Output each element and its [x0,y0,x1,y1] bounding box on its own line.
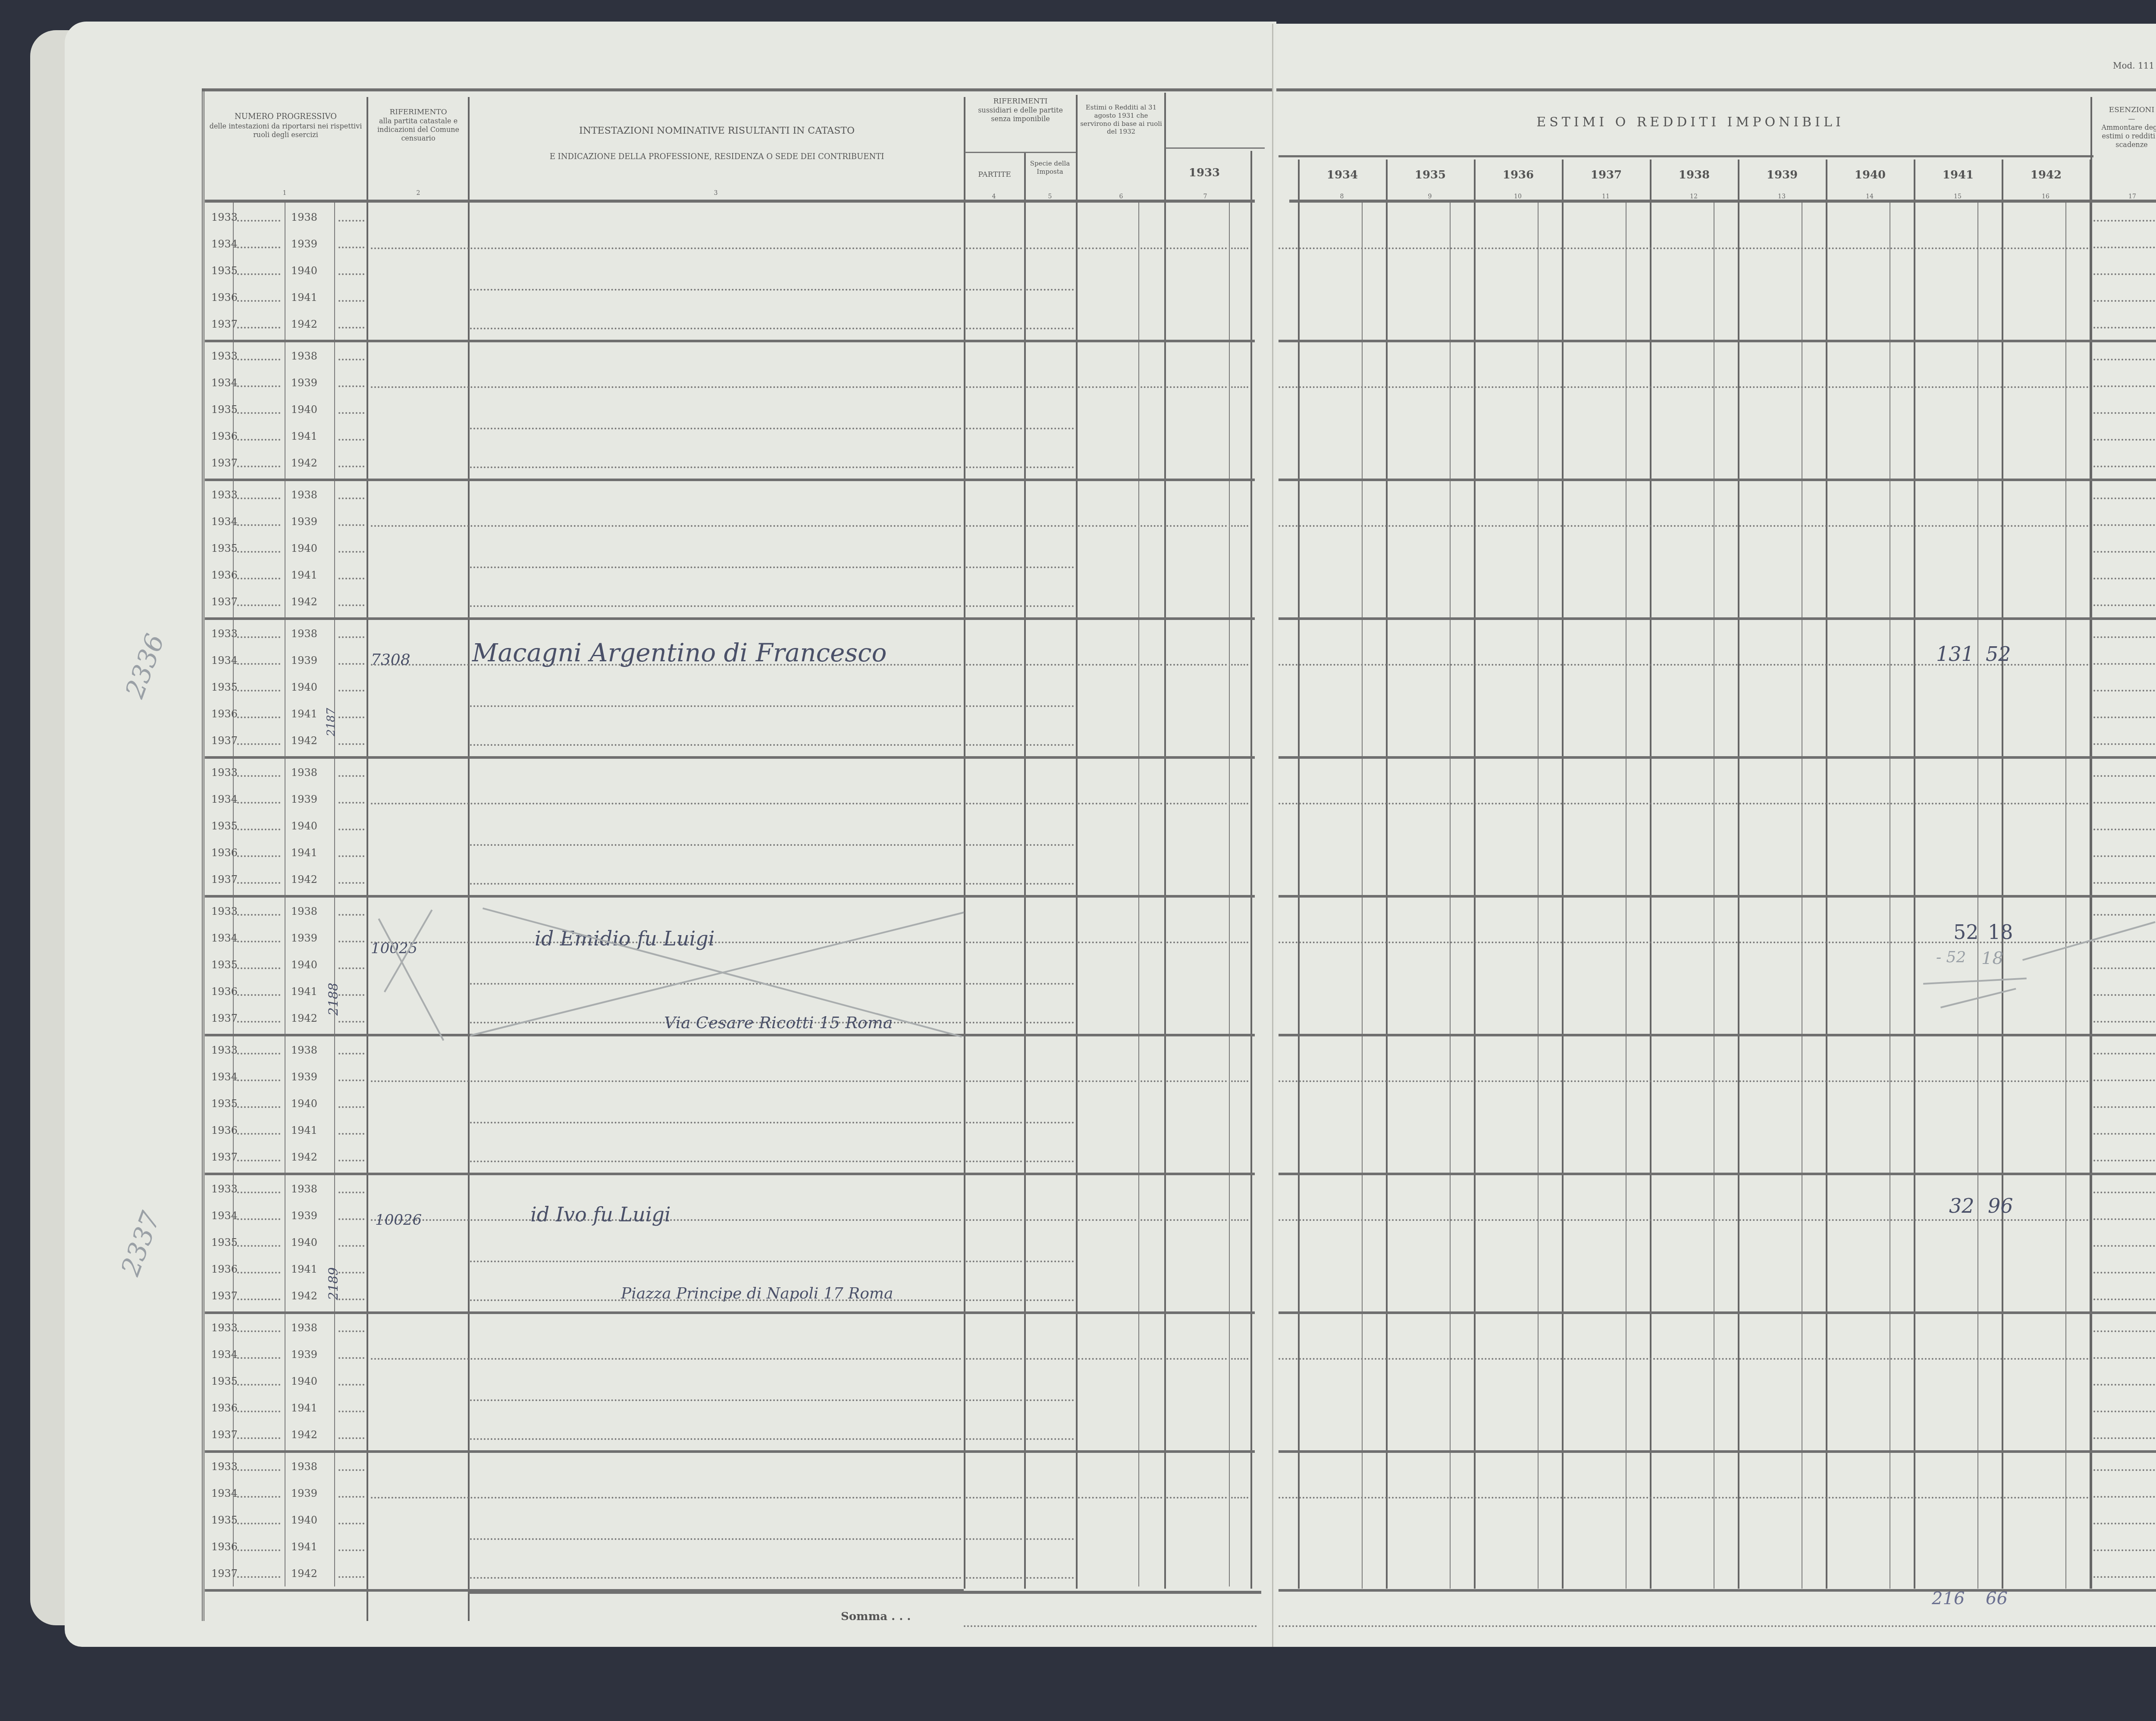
year-label: 1939 [291,1487,317,1499]
dotted-fill [338,1021,364,1023]
partite-line [966,705,1022,707]
somma-label: Somma . . . [841,1610,911,1623]
esenzioni-line [2093,1357,2156,1359]
subcol-line [334,203,335,1586]
address-line [470,428,962,429]
address-line [470,328,962,329]
amount-line [1141,1219,1162,1221]
header-divider [468,97,470,1621]
dotted-fill [338,1330,364,1332]
amount-line [1166,525,1227,527]
partite-line [966,1261,1022,1262]
dotted-fill [338,498,364,499]
address-line [470,705,962,707]
year-label: 1934 [211,238,238,250]
colno-year: 15 [1949,193,1966,200]
header-col2-title: RIFERIMENTO [369,108,468,117]
year-col-border [1474,160,1476,1589]
year-label: 1940 [291,1375,317,1387]
dotted-fill [338,855,364,857]
right-page [1276,24,2156,1647]
name-line [371,1497,962,1499]
year-col-border [1650,160,1651,1589]
amount-line [1078,803,1136,804]
year-label: 1933 [211,350,238,362]
dotted-fill [237,636,280,638]
partite-line [966,983,1022,985]
dotted-fill [237,941,280,942]
partite-line [966,1022,1022,1023]
dotted-fill [237,994,280,996]
dotted-fill [338,220,364,222]
left-page [65,22,1276,1647]
amount-line [1026,803,1074,804]
header-col5: Specie della Imposta [1026,160,1074,176]
dotted-fill [237,1357,280,1359]
header-col1: NUMERO PROGRESSIVO delle intestazioni da… [205,112,367,139]
esenzioni-line [2093,1133,2156,1135]
year-label: 1938 [291,1044,317,1056]
year-label: 1935 [211,820,238,832]
amount-line [1141,525,1162,527]
contributor-address: Piazza Principe di Napoli 17 Roma [621,1285,893,1302]
year-label: 1938 [291,1461,317,1473]
amount-line [1026,942,1074,943]
header-col1-title: NUMERO PROGRESSIVO [205,112,367,122]
year-label: 1941 [291,430,317,442]
year-label: 1937 [211,1290,238,1302]
amount-line [1279,1219,2089,1221]
amount-line [966,664,1022,666]
year-label: 1936 [211,569,238,581]
amount-line [1231,386,1248,388]
year-label: 1940 [291,1236,317,1249]
header-col7-rule [1166,147,1265,149]
amount-line [966,247,1022,249]
year-label: 1940 [291,1098,317,1110]
year-label: 1941 [291,708,317,720]
dotted-fill [237,220,280,222]
header-col2: RIFERIMENTO alla partita catastale e ind… [369,108,468,143]
ref-number: 2188 [326,983,341,1015]
address-line [470,289,962,291]
partite-line [966,883,1022,885]
year-label: 1935 [211,1514,238,1526]
partite-line [966,1577,1022,1579]
amount-line [1166,1219,1227,1221]
esenzioni-line [2093,439,2156,441]
dotted-fill [338,994,364,996]
year-label: 1940 [291,404,317,416]
year-col-border [1562,160,1564,1589]
year-label: 1933 [211,489,238,501]
year-label: 1935 [211,265,238,277]
value-1941-cent: 96 [1988,1194,2013,1217]
colno-5: 5 [1041,193,1059,200]
header-col3-sub: E INDICAZIONE DELLA PROFESSIONE, RESIDEN… [470,152,964,162]
header-col1-sub: delle intestazioni da riportarsi nei ris… [205,122,367,139]
amount-line [1231,1497,1248,1499]
ref-number: 2187 [325,708,338,736]
partite-line [966,1399,1022,1401]
amount-line [966,942,1022,943]
address-line [470,1538,962,1540]
amount-line [1166,1358,1227,1360]
amount-line [1231,1358,1248,1360]
colno-6: 6 [1112,193,1130,200]
block-rule [205,895,1255,898]
somma-1941-cent: 66 [1986,1589,2008,1608]
address-line [470,844,962,846]
block-rule [205,1311,1255,1314]
name-line [371,1358,962,1360]
year-label: 1940 [291,959,317,971]
year-label: 1942 [291,1151,317,1163]
header-col2-sub: alla partita catastale e indicazioni del… [369,117,468,143]
name-line [371,386,962,388]
dotted-fill [237,1160,280,1161]
dotted-fill [338,359,364,360]
partite-line [1026,1538,1074,1540]
amount-line [1166,1080,1227,1082]
dotted-fill [338,1437,364,1439]
esenzioni-line [2093,1576,2156,1578]
dotted-fill [237,1245,280,1247]
dotted-fill [237,1496,280,1498]
year-label: 1937 [211,873,238,886]
header-divider [367,97,368,1621]
amount-line [1231,942,1248,943]
header-col45-sub: sussidiari e delle partite senza imponib… [965,106,1076,123]
year-label: 1941 [291,291,317,304]
dotted-fill [237,1469,280,1471]
partite-line [1026,1438,1074,1440]
amount-line [1026,525,1074,527]
esenzioni-line [2093,1330,2156,1332]
year-label: 1933 [211,1322,238,1334]
year-label: 1933 [211,1183,238,1195]
dotted-fill [338,1053,364,1055]
esenzioni-line [2093,1106,2156,1108]
year-label: 1941 [291,847,317,859]
year-label: 1935 [211,1375,238,1387]
dotted-fill [237,1272,280,1274]
esenzioni-line [2093,1549,2156,1551]
year-label: 1940 [291,542,317,554]
esenzioni-line [2093,914,2156,916]
year-label: 1935 [211,1236,238,1249]
dotted-fill [237,604,280,606]
amount-line [966,1358,1022,1360]
amount-line [1166,247,1227,249]
esenzioni-line [2093,1437,2156,1439]
amount-line [1231,1219,1248,1221]
dotted-fill [237,412,280,414]
amount-line [1166,1497,1227,1499]
block-rule [1279,340,2156,342]
partite-line [966,1161,1022,1162]
year-label: 1934 [211,1071,238,1083]
somma-1941-lire: 216 [1932,1589,1965,1608]
header-col3-title: INTESTAZIONI NOMINATIVE RISULTANTI IN CA… [470,125,964,137]
amount-line [1231,525,1248,527]
dotted-fill [338,1133,364,1135]
dotted-fill [237,327,280,329]
top-rule [1276,88,2156,91]
amount-line [1078,664,1136,666]
year-label: 1942 [291,1012,317,1024]
contributor-address: Via Cesare Ricotti 15 Roma [664,1013,893,1032]
year-label: 1942 [291,735,317,747]
year-label: 1937 [211,1429,238,1441]
year-label: 1940 [291,681,317,693]
dotted-fill [338,273,364,275]
esenzioni-line [2093,300,2156,302]
colno-year: 16 [2037,193,2054,200]
partita-number: 7308 [371,651,411,669]
year-label: 1934 [211,516,238,528]
address-line [470,1577,962,1579]
header-col45: RIFERIMENTI sussidiari e delle partite s… [965,97,1076,123]
dotted-fill [338,1299,364,1300]
subcol-line [1229,203,1230,1586]
value-1941-lire: 131 [1936,642,1974,666]
amount-line [1166,803,1227,804]
colno-4: 4 [985,193,1003,200]
esenzioni-line [2093,1272,2156,1274]
header-divider [1250,151,1252,1589]
partite-line [966,428,1022,429]
dotted-fill [237,1106,280,1108]
dotted-fill [237,1080,280,1081]
dotted-fill [338,663,364,665]
block-rule [1279,617,2156,620]
address-line [470,1438,962,1440]
dotted-fill [237,829,280,830]
amount-line [966,525,1022,527]
year-header: 1940 [1827,168,1913,182]
year-label: 1938 [291,905,317,917]
year-col-border [2090,160,2091,1589]
esenzioni-line [2093,829,2156,830]
esenzioni-line [2093,524,2156,526]
dotted-fill [338,1218,364,1220]
year-label: 1939 [291,793,317,805]
dotted-fill [237,1437,280,1439]
dotted-fill [338,1496,364,1498]
dotted-fill [237,1523,280,1524]
year-label: 1936 [211,1402,238,1414]
value-1941-cent: 18 [1988,920,2013,944]
amount-line [1279,386,2089,388]
amount-line [1279,525,2089,527]
dotted-fill [237,551,280,553]
amount-line [966,1080,1022,1082]
year-label: 1939 [291,516,317,528]
partite-line [1026,1161,1074,1162]
colno-3: 3 [707,190,724,197]
year-label: 1942 [291,873,317,886]
year-label: 1939 [291,1071,317,1083]
year-label: 1941 [291,1263,317,1275]
year-label: 1942 [291,318,317,330]
dotted-fill [237,385,280,387]
dotted-fill [237,743,280,745]
esenzioni-line [2093,1218,2156,1220]
contributor-name: Macagni Argentino di Francesco [472,638,887,667]
dotted-fill [338,1523,364,1524]
dotted-fill [237,1576,280,1578]
dotted-fill [237,466,280,467]
partite-line [1026,883,1074,885]
year-label: 1936 [211,708,238,720]
partite-line [966,1538,1022,1540]
year-label: 1941 [291,569,317,581]
amount-line [1231,664,1248,666]
address-line [470,883,962,885]
year-label: 1935 [211,404,238,416]
header-col6: Estimi o Redditi al 31 agosto 1931 che s… [1078,103,1164,136]
header-divider [1024,153,1026,1589]
dotted-fill [338,412,364,414]
year-label: 1935 [211,681,238,693]
year-label: 1936 [211,1263,238,1275]
dotted-fill [237,717,280,718]
section-title: ESTIMI O REDDITI IMPONIBILI [1289,114,2091,131]
dotted-fill [237,882,280,884]
amount-line [1141,1080,1162,1082]
dotted-fill [338,1106,364,1108]
dotted-fill [338,1160,364,1161]
colno-2: 2 [410,190,427,197]
partite-line [966,289,1022,291]
dotted-fill [338,967,364,969]
year-col-border [1298,160,1300,1589]
block-rule [1279,1173,2156,1175]
year-label: 1934 [211,1210,238,1222]
amount-line [1279,803,2089,804]
address-line [470,566,962,568]
esenzioni-line [2093,1021,2156,1023]
colno-17: 17 [2124,193,2141,200]
header-col17-sub: Ammontare degli estimi o redditi e scade… [2092,123,2156,149]
partite-line [966,605,1022,607]
form-title: Mod. 111 - Imposte Dirette (Intercalare)… [2113,60,2156,71]
year-label: 1937 [211,735,238,747]
header-col4: PARTITE [965,170,1024,179]
year-label: 1938 [291,489,317,501]
dotted-fill [338,385,364,387]
header-divider [1076,95,1078,1589]
amount-line [1141,803,1162,804]
amount-line [1026,1080,1074,1082]
year-label: 1940 [291,265,317,277]
address-line [470,1399,962,1401]
name-line [371,247,962,249]
partite-line [966,466,1022,468]
dotted-fill [338,882,364,884]
year-label: 1940 [291,1514,317,1526]
year-label: 1938 [291,211,317,223]
amount-line [1141,247,1162,249]
amount-line [1026,1219,1074,1221]
dotted-fill [237,1192,280,1193]
dotted-fill [338,829,364,830]
year-label: 1937 [211,596,238,608]
amount-line [1078,525,1136,527]
header-col17: ESENZIONI — Ammontare degli estimi o red… [2092,106,2156,149]
year-label: 1939 [291,932,317,944]
year-header: 1935 [1388,168,1473,182]
year-label: 1942 [291,1429,317,1441]
dotted-fill [237,1549,280,1551]
esenzioni-line [2093,1080,2156,1081]
year-label: 1935 [211,1098,238,1110]
partite-line [1026,983,1074,985]
year-label: 1942 [291,1290,317,1302]
amount-line [1026,386,1074,388]
amount-line [1141,942,1162,943]
dotted-fill [338,914,364,916]
year-label: 1938 [291,1322,317,1334]
dotted-fill [338,941,364,942]
esenzioni-line [2093,882,2156,884]
pencil-value-lire: - 52 [1936,948,1966,966]
year-label: 1940 [291,820,317,832]
subcol-line [1138,203,1139,1586]
amount-line [1231,803,1248,804]
year-header: 1934 [1300,168,1385,182]
dotted-fill [237,247,280,248]
esenzioni-line [2093,385,2156,387]
dotted-fill [338,1192,364,1193]
esenzioni-line [2093,717,2156,718]
year-label: 1933 [211,1461,238,1473]
year-label: 1937 [211,1012,238,1024]
block-rule [1279,1589,2156,1592]
colno-year: 14 [1861,193,1878,200]
year-label: 1934 [211,1349,238,1361]
amount-line [1166,942,1227,943]
dotted-fill [237,1330,280,1332]
amount-line [1141,1358,1162,1360]
year-col-border [1738,160,1739,1589]
amount-line [966,1497,1022,1499]
year-label: 1939 [291,377,317,389]
year-label: 1936 [211,986,238,998]
dotted-fill [338,327,364,329]
dotted-fill [338,551,364,553]
amount-line [1166,664,1227,666]
colno-year: 9 [1421,193,1438,200]
address-line [470,1122,962,1123]
block-rule [205,1034,1255,1036]
amount-line [1279,1358,2089,1360]
year-label: 1936 [211,291,238,304]
year-header: 1938 [1651,168,1737,182]
dotted-fill [338,1469,364,1471]
partite-line [966,1122,1022,1123]
year-label: 1935 [211,959,238,971]
amount-line [1026,1358,1074,1360]
year-label: 1938 [291,1183,317,1195]
year-label: 1939 [291,1210,317,1222]
esenzioni-line [2093,743,2156,745]
amount-line [966,803,1022,804]
colno-year: 12 [1685,193,1702,200]
address-line [470,1261,962,1262]
somma-rule-top [468,1591,1261,1594]
